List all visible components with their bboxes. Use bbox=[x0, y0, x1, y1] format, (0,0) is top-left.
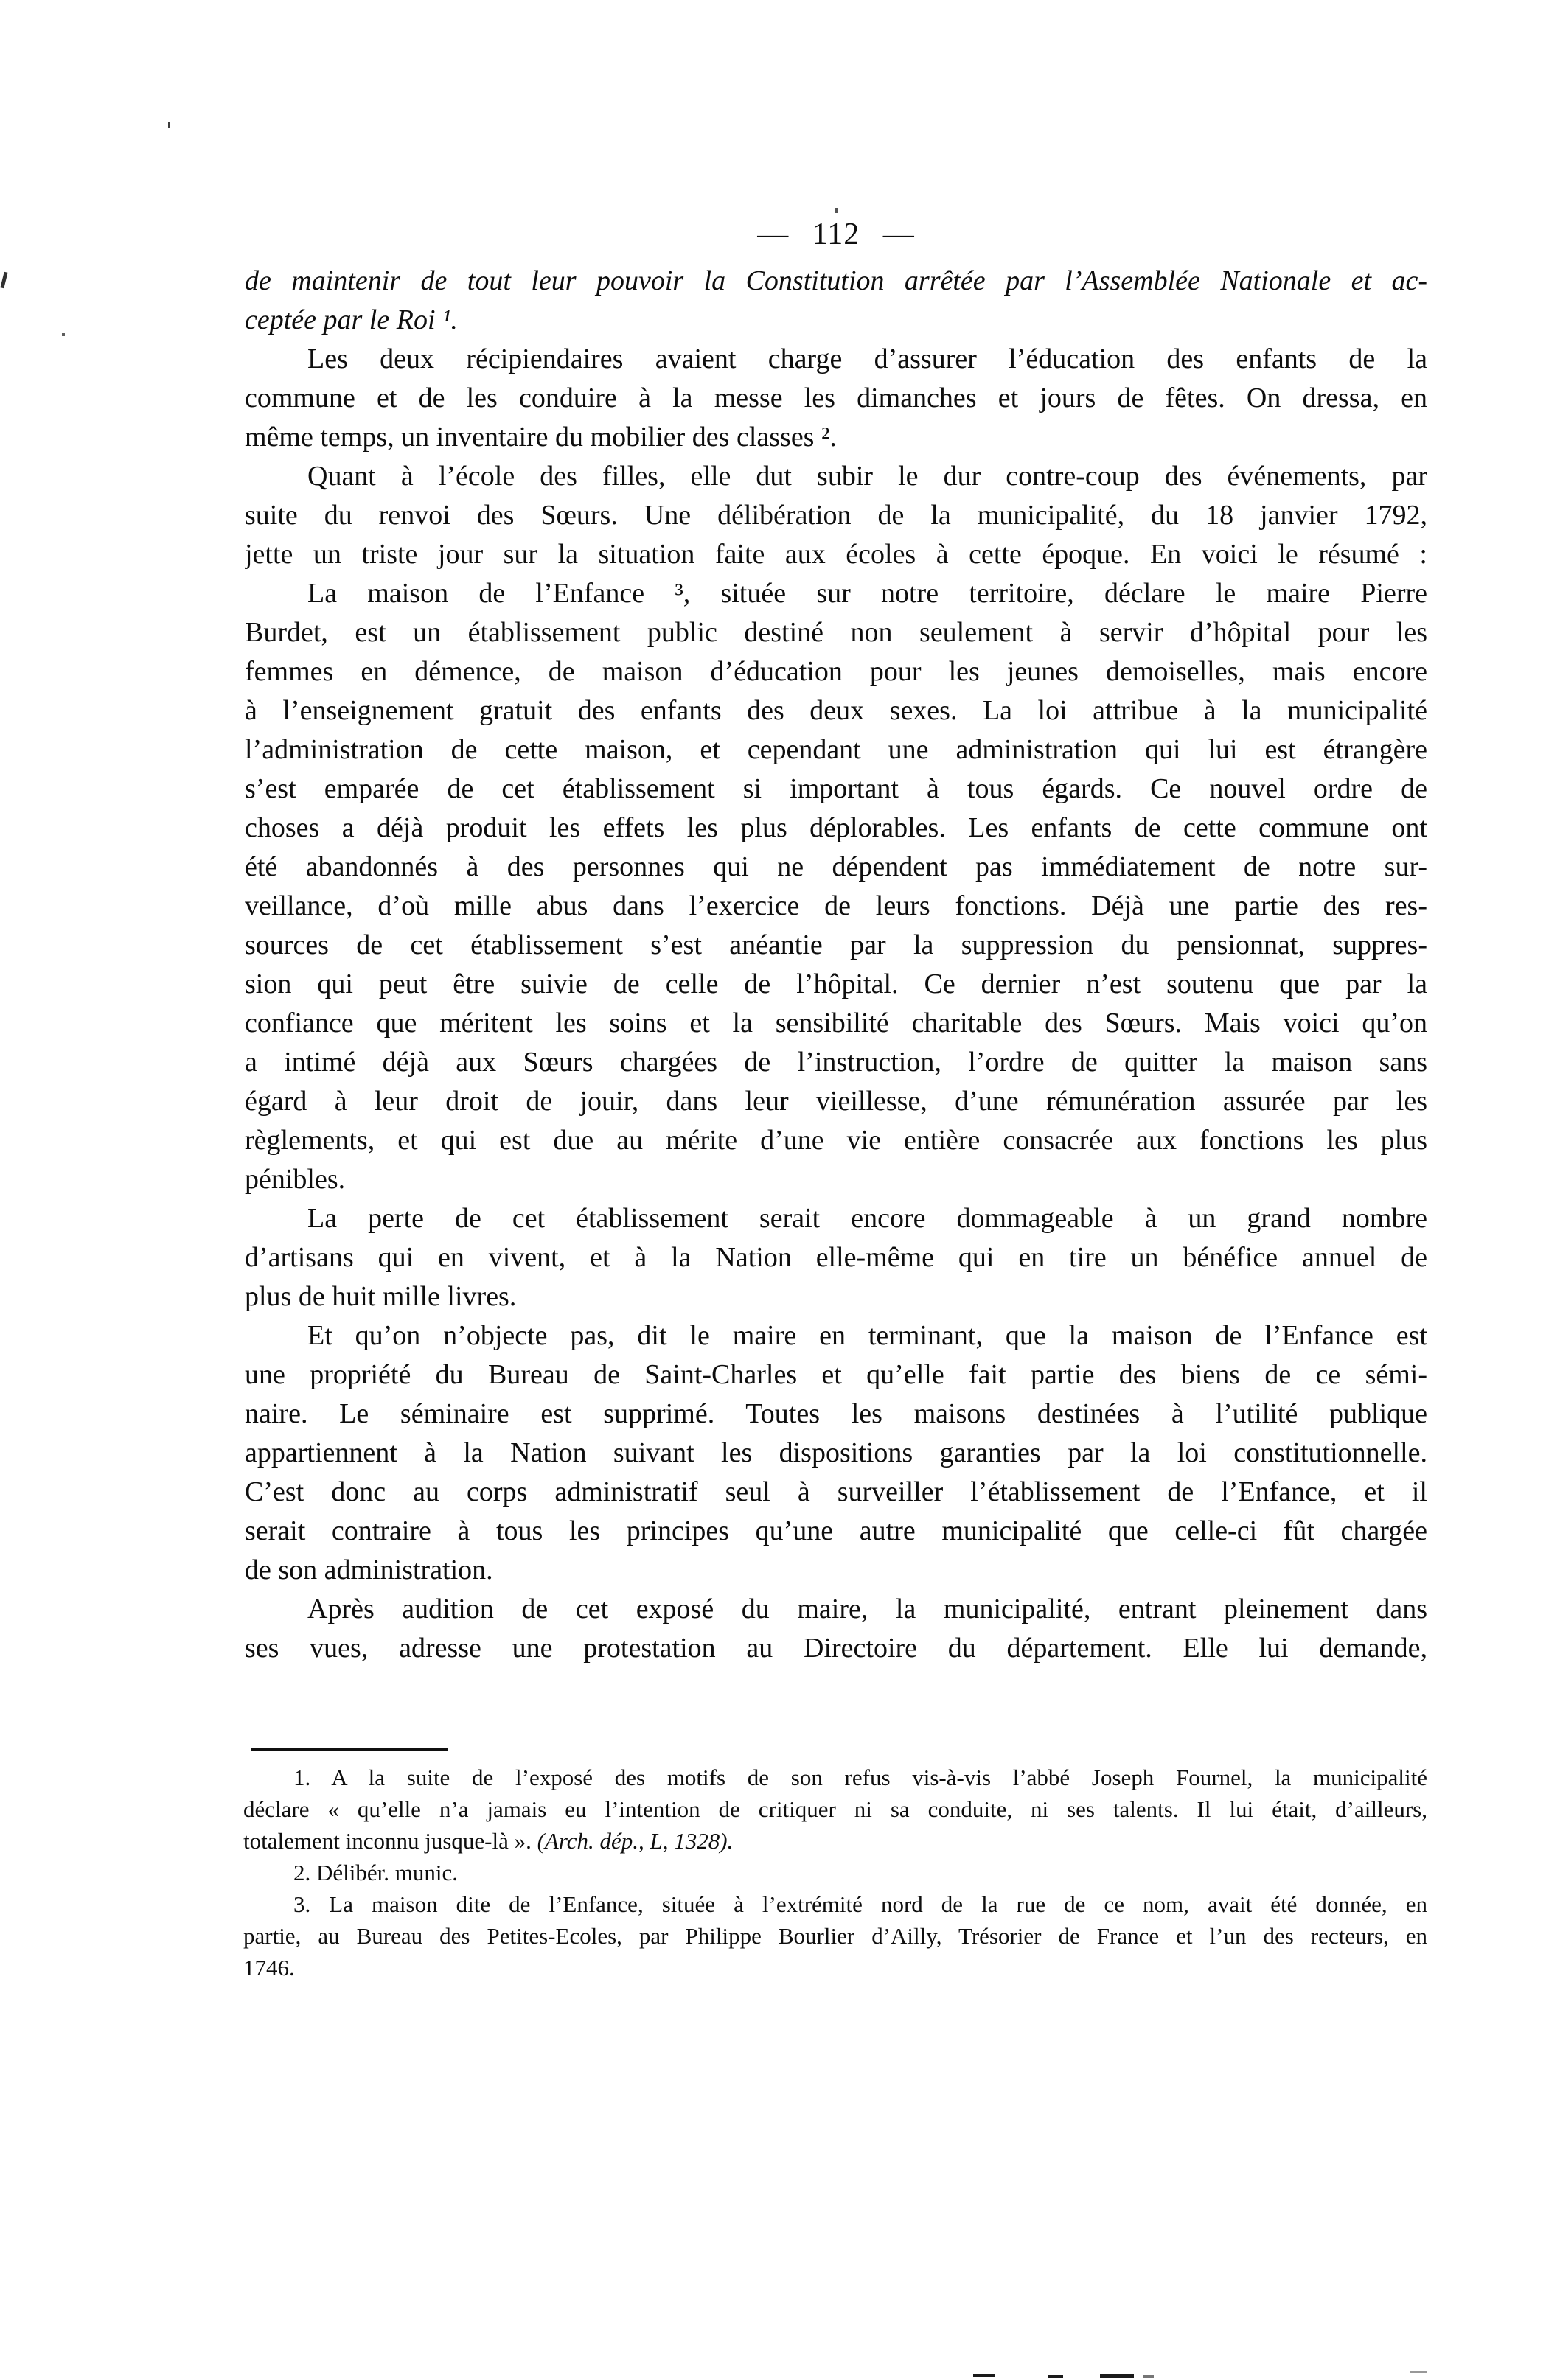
footnote-line: 2. Délibér. munic. bbox=[243, 1857, 1427, 1888]
text-line: ceptée par le Roi ¹. bbox=[245, 301, 1427, 340]
scan-artifact bbox=[1048, 2375, 1063, 2378]
text-line: pénibles. bbox=[245, 1160, 1427, 1199]
scan-artifact bbox=[835, 208, 838, 213]
text-line: plus de huit mille livres. bbox=[245, 1277, 1427, 1316]
text-line: été abandonnés à des personnes qui ne dé… bbox=[245, 848, 1427, 887]
text-line: l’administration de cette maison, et cep… bbox=[245, 730, 1427, 770]
footnote-line: 1. A la suite de l’exposé des motifs de … bbox=[243, 1762, 1427, 1793]
text-line: d’artisans qui en vivent, et à la Nation… bbox=[245, 1238, 1427, 1277]
footnote-rule bbox=[251, 1748, 448, 1751]
text-line: suite du renvoi des Sœurs. Une délibérat… bbox=[245, 496, 1427, 535]
page-number: — 112 — bbox=[245, 217, 1427, 252]
text-line: confiance que méritent les soins et la s… bbox=[245, 1004, 1427, 1043]
footnote-line: partie, au Bureau des Petites-Ecoles, pa… bbox=[243, 1920, 1427, 1952]
text-line: ses vues, adresse une protestation au Di… bbox=[245, 1629, 1427, 1668]
main-text: de maintenir de tout leur pouvoir la Con… bbox=[245, 262, 1427, 1668]
scan-artifact bbox=[973, 2374, 995, 2377]
text-line: règlements, et qui est due au mérite d’u… bbox=[245, 1121, 1427, 1160]
text-line: de maintenir de tout leur pouvoir la Con… bbox=[245, 262, 1427, 301]
text-line: femmes en démence, de maison d’éducation… bbox=[245, 652, 1427, 691]
citation: (Arch. dép., L, 1328). bbox=[537, 1828, 734, 1854]
scan-artifact bbox=[1410, 2371, 1427, 2373]
footnote-text: totalement inconnu jusque-là ». bbox=[243, 1828, 537, 1854]
text-line: La perte de cet établissement serait enc… bbox=[245, 1199, 1427, 1238]
text-line: s’est emparée de cet établissement si im… bbox=[245, 770, 1427, 809]
text-line: égard à leur droit de jouir, dans leur v… bbox=[245, 1082, 1427, 1121]
text-line: sion qui peut être suivie de celle de l’… bbox=[245, 965, 1427, 1004]
text-line: sources de cet établissement s’est anéan… bbox=[245, 926, 1427, 965]
scan-artifact bbox=[1143, 2375, 1154, 2378]
scan-artifact bbox=[1100, 2374, 1134, 2378]
text-line: Et qu’on n’objecte pas, dit le maire en … bbox=[245, 1316, 1427, 1355]
text-line: même temps, un inventaire du mobilier de… bbox=[245, 418, 1427, 457]
text-line: appartiennent à la Nation suivant les di… bbox=[245, 1434, 1427, 1473]
text-line: La maison de l’Enfance ³, située sur not… bbox=[245, 574, 1427, 613]
text-line: à l’enseignement gratuit des enfants des… bbox=[245, 691, 1427, 730]
text-line: commune et de les conduire à la messe le… bbox=[245, 379, 1427, 418]
footnotes: 1. A la suite de l’exposé des motifs de … bbox=[243, 1762, 1427, 1983]
text-line: serait contraire à tous les principes qu… bbox=[245, 1512, 1427, 1551]
footnote-line: 1746. bbox=[243, 1952, 1427, 1983]
footnote-line: totalement inconnu jusque-là ». (Arch. d… bbox=[243, 1825, 1427, 1857]
text-line: C’est donc au corps administratif seul à… bbox=[245, 1473, 1427, 1512]
text-line: choses a déjà produit les effets les plu… bbox=[245, 809, 1427, 848]
text-line: Burdet, est un établissement public dest… bbox=[245, 613, 1427, 652]
scan-artifact bbox=[0, 272, 7, 289]
text-line: une propriété du Bureau de Saint-Charles… bbox=[245, 1355, 1427, 1395]
footnote-line: 3. La maison dite de l’Enfance, située à… bbox=[243, 1888, 1427, 1920]
text-line: veillance, d’où mille abus dans l’exerci… bbox=[245, 887, 1427, 926]
text-line: Quant à l’école des filles, elle dut sub… bbox=[245, 457, 1427, 496]
text-line: de son administration. bbox=[245, 1551, 1427, 1590]
text-line: a intimé déjà aux Sœurs chargées de l’in… bbox=[245, 1043, 1427, 1082]
text-line: Les deux récipiendaires avaient charge d… bbox=[245, 340, 1427, 379]
scan-artifact bbox=[62, 333, 65, 336]
scan-artifact bbox=[168, 122, 170, 128]
text-line: Après audition de cet exposé du maire, l… bbox=[245, 1590, 1427, 1629]
footnote-line: déclare « qu’elle n’a jamais eu l’intent… bbox=[243, 1793, 1427, 1825]
text-line: jette un triste jour sur la situation fa… bbox=[245, 535, 1427, 574]
text-line: naire. Le séminaire est supprimé. Toutes… bbox=[245, 1395, 1427, 1434]
